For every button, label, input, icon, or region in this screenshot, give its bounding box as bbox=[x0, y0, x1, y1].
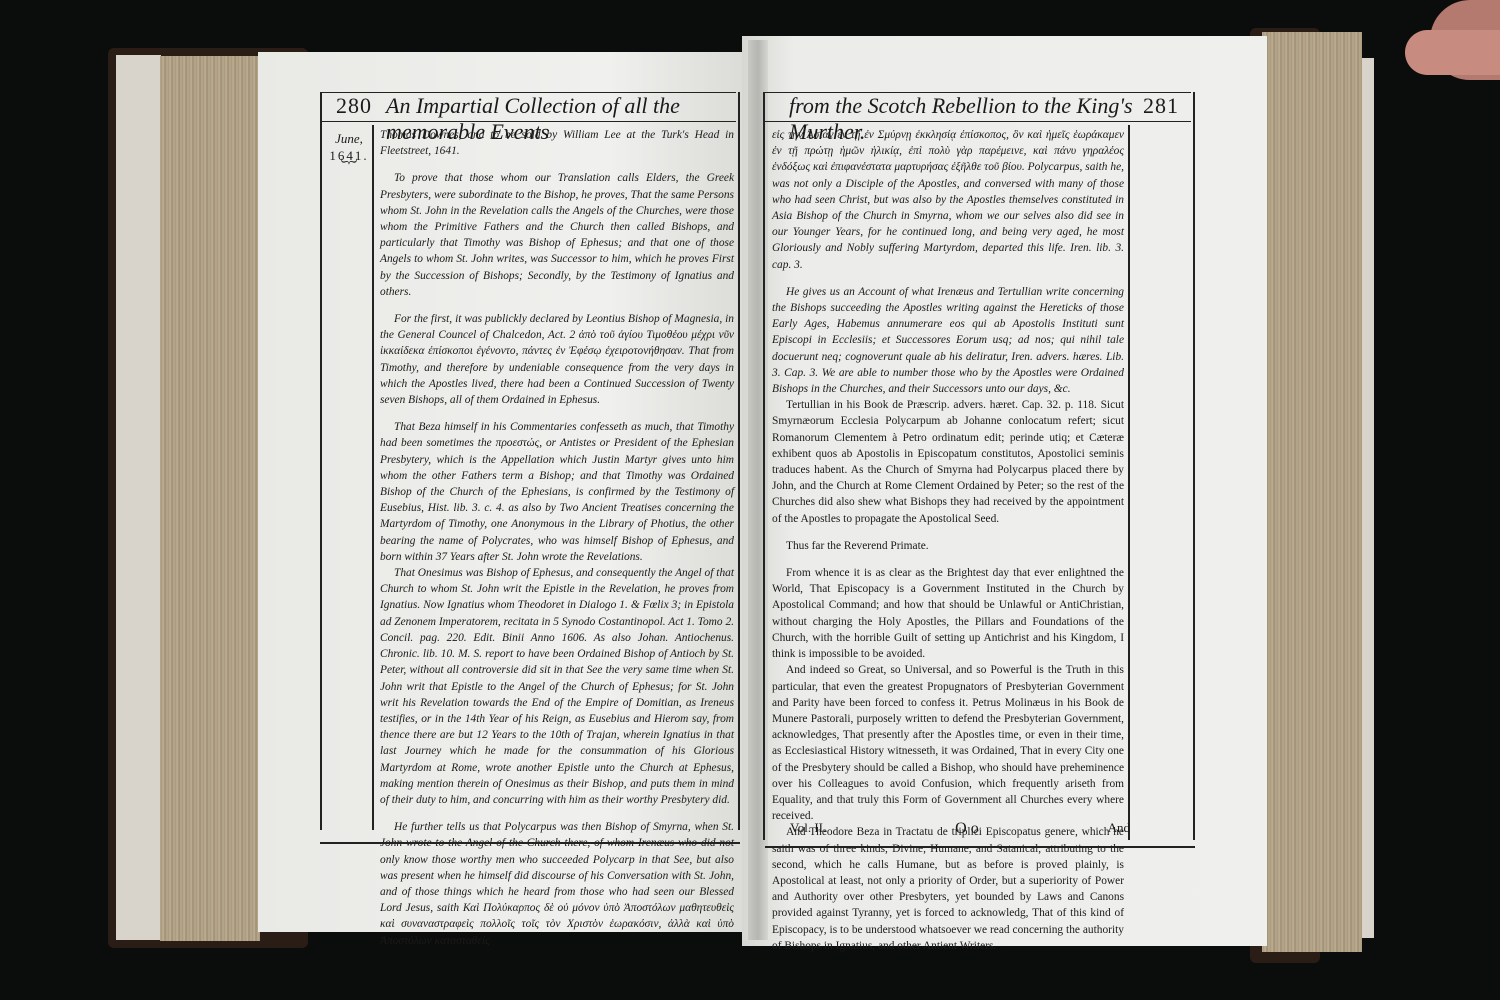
signature-mark: O o bbox=[955, 820, 979, 838]
margin-rule-left bbox=[372, 125, 374, 830]
paragraph: To prove that those whom our Translation… bbox=[380, 170, 734, 300]
page-edges-left bbox=[160, 56, 260, 941]
flyleaf-right bbox=[1362, 58, 1374, 938]
paragraph: For the first, it was publickly declared… bbox=[380, 311, 734, 408]
page-number-left: 280 bbox=[336, 93, 372, 119]
right-page-footer: Vol. II. O o And bbox=[790, 820, 1130, 838]
paragraph: That Beza himself in his Commentaries co… bbox=[380, 419, 734, 565]
paragraph: And Theodore Beza in Tractatu de triplic… bbox=[772, 824, 1124, 954]
paragraph: He gives us an Account of what Irenæus a… bbox=[772, 284, 1124, 397]
page-edges-right bbox=[1262, 32, 1362, 952]
left-text-column: Thomas Downes, and to be sold by William… bbox=[380, 127, 734, 949]
margin-month: June, bbox=[326, 130, 372, 147]
paragraph: Thus far the Reverend Primate. bbox=[772, 538, 1124, 554]
right-bottom-rule bbox=[765, 846, 1195, 848]
page-number-right: 281 bbox=[1143, 93, 1179, 119]
margin-rule-right bbox=[1128, 125, 1130, 840]
right-running-header: from the Scotch Rebellion to the King's … bbox=[765, 92, 1191, 122]
paragraph: Tertullian in his Book de Præscrip. adve… bbox=[772, 397, 1124, 527]
left-running-header: 280 An Impartial Collection of all the m… bbox=[322, 92, 736, 122]
paragraph: And indeed so Great, so Universal, and s… bbox=[772, 662, 1124, 824]
margin-date-note: June, 1641. ︸ bbox=[326, 130, 372, 174]
brace-ornament: ︸ bbox=[326, 164, 372, 174]
catchword: And bbox=[1108, 820, 1130, 838]
paragraph: εἰς τὴν Ἀσίαν ἐν τῇ ἐν Σμύρνῃ ἐκκλησίᾳ ἐ… bbox=[772, 127, 1124, 273]
paragraph: That Onesimus was Bishop of Ephesus, and… bbox=[380, 565, 734, 808]
paragraph: From whence it is as clear as the Bright… bbox=[772, 565, 1124, 662]
flyleaf-left bbox=[116, 55, 161, 940]
finger bbox=[1405, 30, 1500, 75]
paragraph: He further tells us that Polycarpus was … bbox=[380, 819, 734, 949]
paragraph: Thomas Downes, and to be sold by William… bbox=[380, 127, 734, 159]
volume-label: Vol. II. bbox=[790, 820, 826, 838]
left-bottom-rule bbox=[320, 842, 740, 844]
